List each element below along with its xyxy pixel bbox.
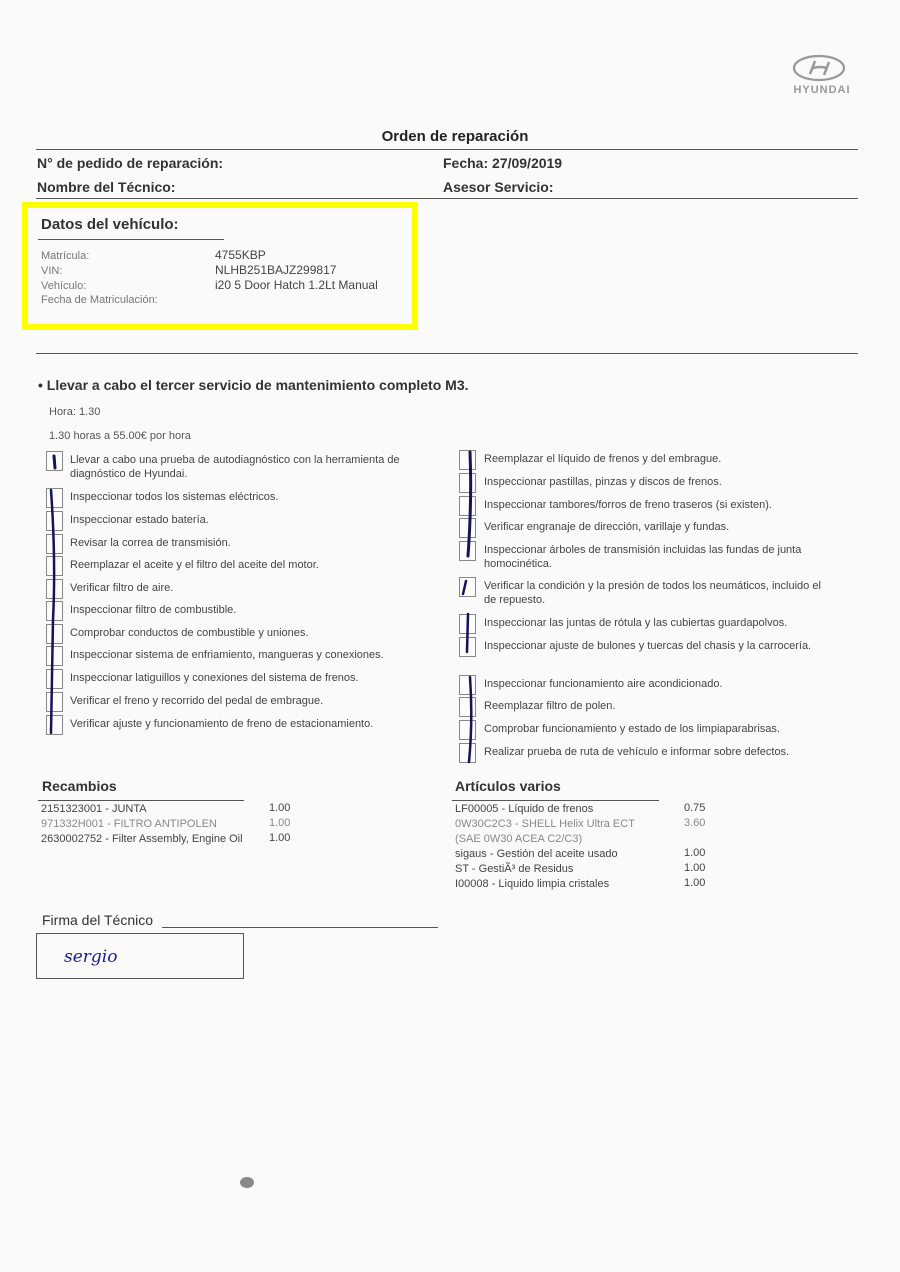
part-quantity: 1.00 [684, 862, 705, 874]
title-divider [36, 149, 858, 150]
task-checkbox[interactable] [46, 451, 63, 471]
task-text: Realizar prueba de ruta de vehículo e in… [484, 745, 829, 759]
order-number-label: N° de pedido de reparación: [37, 155, 223, 171]
task-checkbox[interactable] [459, 720, 476, 740]
part-name: 2151323001 - JUNTA [41, 802, 251, 817]
task-checkbox[interactable] [459, 614, 476, 634]
part-quantity: 3.60 [684, 817, 705, 829]
part-name: 2630002752 - Filter Assembly, Engine Oil [41, 832, 251, 847]
vehicle-model-value: i20 5 Door Hatch 1.2Lt Manual [215, 278, 378, 292]
vehicle-section-title: Datos del vehículo: [41, 216, 179, 233]
task-text: Reemplazar el líquido de frenos y del em… [484, 452, 829, 466]
signature-label: Firma del Técnico [42, 912, 153, 928]
task-text: Inspeccionar funcionamiento aire acondic… [484, 677, 829, 691]
task-text: Verificar ajuste y funcionamiento de fre… [70, 717, 430, 731]
task-checkbox[interactable] [46, 579, 63, 599]
task-text: Revisar la correa de transmisión. [70, 536, 430, 550]
brand-name: HYUNDAI [782, 84, 862, 96]
task-checkbox[interactable] [46, 692, 63, 712]
part-name: I00008 - Liquido limpia cristales [455, 877, 660, 892]
part-quantity: 1.00 [269, 832, 290, 844]
part-name: sigaus - Gestión del aceite usado [455, 847, 660, 862]
task-text: Comprobar funcionamiento y estado de los… [484, 722, 829, 736]
task-text: Inspeccionar todos los sistemas eléctric… [70, 490, 430, 504]
task-checkbox[interactable] [459, 637, 476, 657]
task-text: Verificar filtro de aire. [70, 581, 430, 595]
task-text: Inspeccionar árboles de transmisión incl… [484, 543, 829, 571]
vehicle-model-label: Vehículo: [41, 280, 86, 292]
task-text: Comprobar conductos de combustible y uni… [70, 626, 430, 640]
task-text: Llevar a cabo una prueba de autodiagnóst… [70, 453, 430, 481]
vin-value: NLHB251BAJZ299817 [215, 263, 336, 277]
task-text: Inspeccionar las juntas de rótula y las … [484, 616, 829, 630]
misc-title-underline [452, 800, 659, 801]
task-text: Verificar la condición y la presión de t… [484, 579, 829, 607]
part-name: ST - GestiÃ³ de Residus [455, 862, 660, 877]
task-checkbox[interactable] [459, 496, 476, 516]
task-checkbox[interactable] [46, 556, 63, 576]
task-checkbox[interactable] [46, 488, 63, 508]
part-name: 0W30C2C3 - SHELL Helix Ultra ECT (SAE 0W… [455, 817, 660, 847]
signature-handwritten: sergio [64, 947, 117, 967]
task-checkbox[interactable] [46, 534, 63, 554]
registration-date-label: Fecha de Matriculación: [41, 294, 158, 306]
date-label: Fecha: 27/09/2019 [443, 155, 562, 171]
task-checkbox[interactable] [459, 473, 476, 493]
task-checkbox[interactable] [459, 675, 476, 695]
signature-line [162, 927, 438, 928]
part-name: LF00005 - Líquido de frenos [455, 802, 660, 817]
scan-smudge [240, 1177, 254, 1188]
misc-section-title: Artículos varios [455, 778, 561, 794]
task-text: Verificar el freno y recorrido del pedal… [70, 694, 430, 708]
task-checkbox[interactable] [459, 541, 476, 561]
document-title: Orden de reparación [0, 128, 900, 145]
task-text: Inspeccionar tambores/forros de freno tr… [484, 498, 829, 512]
part-quantity: 0.75 [684, 802, 705, 814]
part-quantity: 1.00 [684, 877, 705, 889]
task-text: Reemplazar el aceite y el filtro del ace… [70, 558, 430, 572]
task-checkbox[interactable] [46, 715, 63, 735]
task-text: Inspeccionar ajuste de bulones y tuercas… [484, 639, 829, 653]
vin-label: VIN: [41, 265, 62, 277]
vehicle-title-underline [38, 239, 224, 240]
task-checkbox[interactable] [46, 624, 63, 644]
task-text: Inspeccionar filtro de combustible. [70, 603, 430, 617]
task-checkbox[interactable] [46, 646, 63, 666]
service-title: • Llevar a cabo el tercer servicio de ma… [38, 377, 469, 393]
task-checkbox[interactable] [459, 743, 476, 763]
task-checkbox[interactable] [459, 577, 476, 597]
task-text: Inspeccionar pastillas, pinzas y discos … [484, 475, 829, 489]
task-text: Inspeccionar estado batería. [70, 513, 430, 527]
part-quantity: 1.00 [269, 817, 290, 829]
task-checkbox[interactable] [459, 450, 476, 470]
task-text: Verificar engranaje de dirección, varill… [484, 520, 829, 534]
parts-title-underline [38, 800, 244, 801]
parts-section-title: Recambios [42, 778, 117, 794]
header-divider [36, 198, 858, 199]
service-hours: Hora: 1.30 [49, 406, 100, 418]
task-text: Inspeccionar latiguillos y conexiones de… [70, 671, 430, 685]
hyundai-logo: HYUNDAI [782, 52, 862, 102]
task-text: Inspeccionar sistema de enfriamiento, ma… [70, 648, 430, 662]
task-checkbox[interactable] [459, 697, 476, 717]
task-checkbox[interactable] [459, 518, 476, 538]
vehicle-divider [36, 353, 858, 354]
task-checkbox[interactable] [46, 511, 63, 531]
service-rate: 1.30 horas a 55.00€ por hora [49, 430, 191, 442]
technician-label: Nombre del Técnico: [37, 179, 175, 195]
part-quantity: 1.00 [684, 847, 705, 859]
task-checkbox[interactable] [46, 601, 63, 621]
advisor-label: Asesor Servicio: [443, 179, 554, 195]
plate-value: 4755KBP [215, 248, 266, 262]
part-quantity: 1.00 [269, 802, 290, 814]
task-text: Reemplazar filtro de polen. [484, 699, 829, 713]
part-name: 971332H001 - FILTRO ANTIPOLEN [41, 817, 251, 832]
plate-label: Matrícula: [41, 250, 89, 262]
hyundai-logo-icon [782, 52, 862, 84]
task-checkbox[interactable] [46, 669, 63, 689]
